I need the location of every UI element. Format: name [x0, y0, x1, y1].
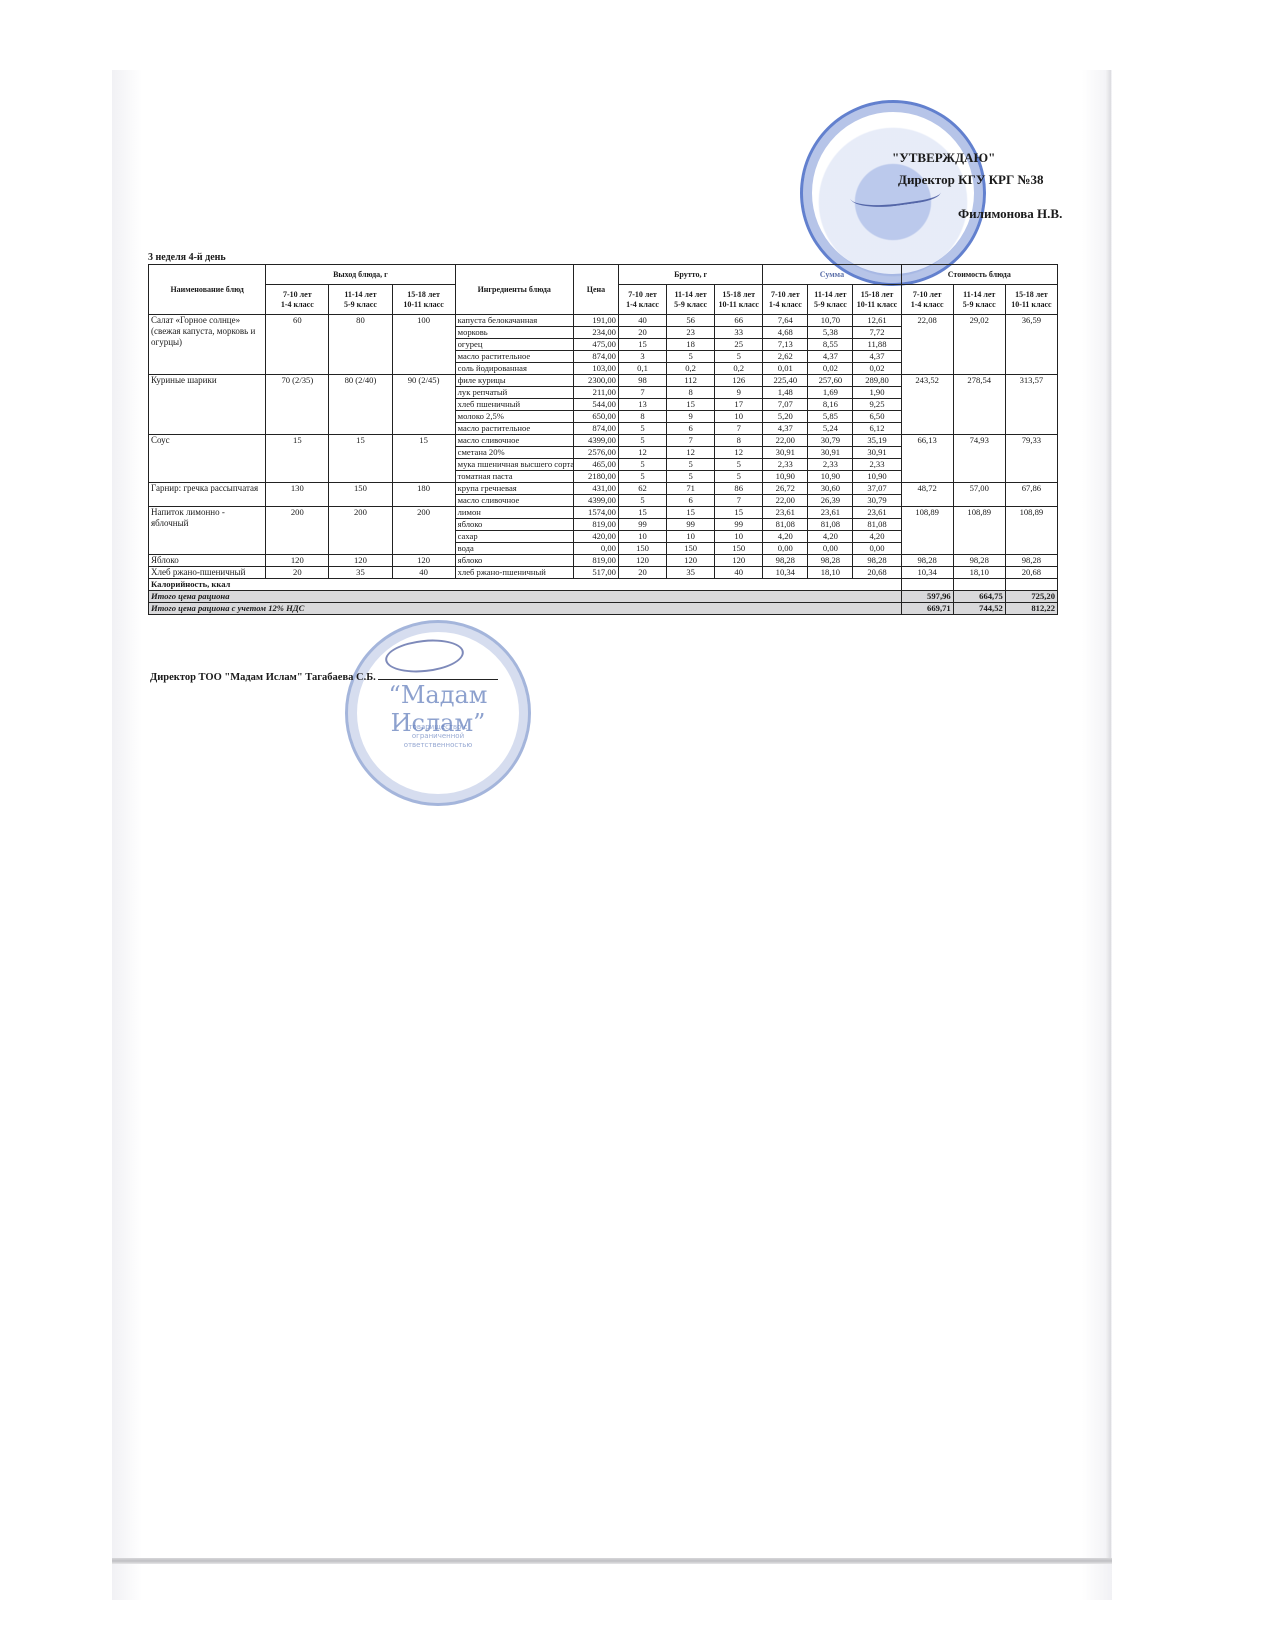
ingredient-brutto: 25: [715, 339, 763, 351]
approval-position: Директор КГУ КРГ №38: [898, 172, 1044, 188]
summary-row-calories: Калорийность, ккал: [149, 579, 1058, 591]
ingredient-brutto: 5: [618, 423, 666, 435]
ingredient-name: хлеб пшеничный: [455, 399, 573, 411]
header-dishcost-age-0: 7-10 лет1-4 класс: [901, 285, 953, 315]
ingredient-brutto: 150: [618, 543, 666, 555]
dish-cost: 48,72: [901, 483, 953, 507]
grade-label: 5-9 класс: [669, 300, 712, 310]
ingredient-brutto: 5: [667, 471, 715, 483]
ingredient-cost: 35,19: [853, 435, 901, 447]
ingredient-price: 234,00: [573, 327, 618, 339]
ingredient-cost: 0,02: [853, 363, 901, 375]
ingredient-cost: 11,88: [853, 339, 901, 351]
ingredient-brutto: 15: [618, 339, 666, 351]
ingredient-cost: 30,60: [808, 483, 853, 495]
ingredient-cost: 2,62: [763, 351, 808, 363]
ingredient-cost: 8,16: [808, 399, 853, 411]
summary-value: [901, 579, 953, 591]
dish-yield: 150: [329, 483, 392, 507]
ingredient-price: 874,00: [573, 351, 618, 363]
ingredient-name: масло сливочное: [455, 435, 573, 447]
dish-yield: 60: [266, 315, 329, 375]
ingredient-brutto: 5: [667, 351, 715, 363]
dish-name: Салат «Горное солнце» (свежая капуста, м…: [149, 315, 266, 375]
ingredient-price: 0,00: [573, 543, 618, 555]
ingredient-brutto: 15: [618, 507, 666, 519]
ingredient-name: мука пшеничная высшего сорта: [455, 459, 573, 471]
age-label: 11-14 лет: [810, 290, 850, 300]
ingredient-cost: 4,37: [763, 423, 808, 435]
ingredient-brutto: 56: [667, 315, 715, 327]
dish-yield: 15: [392, 435, 455, 483]
dish-name: Хлеб ржано-пшеничный: [149, 567, 266, 579]
dish-name: Яблоко: [149, 555, 266, 567]
table-row: Яблоко120120120яблоко819,0012012012098,2…: [149, 555, 1058, 567]
dish-yield: 40: [392, 567, 455, 579]
ingredient-name: яблоко: [455, 519, 573, 531]
ingredient-cost: 10,34: [763, 567, 808, 579]
scan-edge-right: [1106, 70, 1111, 1560]
summary-value: 669,71: [901, 603, 953, 615]
ingredient-brutto: 8: [715, 435, 763, 447]
ingredient-cost: 2,33: [853, 459, 901, 471]
ingredient-cost: 10,90: [853, 471, 901, 483]
ingredient-cost: 0,02: [808, 363, 853, 375]
header-yield-age-2: 15-18 лет10-11 класс: [392, 285, 455, 315]
ingredient-brutto: 62: [618, 483, 666, 495]
dish-yield: 120: [329, 555, 392, 567]
ingredient-name: хлеб ржано-пшеничный: [455, 567, 573, 579]
ingredient-cost: 22,00: [763, 495, 808, 507]
ingredient-price: 4399,00: [573, 495, 618, 507]
ingredient-name: сметана 20%: [455, 447, 573, 459]
company-stamp-subtitle: товарищество с ограниченной ответственно…: [388, 723, 488, 750]
dish-yield: 80 (2/40): [329, 375, 392, 435]
dish-yield: 200: [266, 507, 329, 555]
header-dish-name: Наименование блюд: [149, 265, 266, 315]
dish-cost: 10,34: [901, 567, 953, 579]
dish-yield: 120: [266, 555, 329, 567]
ingredient-cost: 4,20: [808, 531, 853, 543]
dish-yield: 100: [392, 315, 455, 375]
age-label: 7-10 лет: [765, 290, 805, 300]
ingredient-brutto: 10: [715, 531, 763, 543]
ingredient-name: крупа гречневая: [455, 483, 573, 495]
ingredient-cost: 5,38: [808, 327, 853, 339]
dish-cost: 108,89: [953, 507, 1005, 555]
ingredient-name: масло растительное: [455, 423, 573, 435]
ingredient-price: 420,00: [573, 531, 618, 543]
approval-title: "УТВЕРЖДАЮ": [892, 150, 995, 166]
ingredient-cost: 98,28: [853, 555, 901, 567]
ingredient-cost: 30,79: [853, 495, 901, 507]
ingredient-cost: 0,00: [853, 543, 901, 555]
ingredient-brutto: 5: [715, 459, 763, 471]
ingredient-price: 819,00: [573, 555, 618, 567]
ingredient-cost: 81,08: [853, 519, 901, 531]
ingredient-brutto: 5: [667, 459, 715, 471]
ingredient-brutto: 12: [667, 447, 715, 459]
dish-cost: 98,28: [1005, 555, 1057, 567]
ingredient-cost: 4,37: [853, 351, 901, 363]
ingredient-cost: 6,50: [853, 411, 901, 423]
summary-value: 664,75: [953, 591, 1005, 603]
header-sum-age-2: 15-18 лет10-11 класс: [853, 285, 901, 315]
ingredient-name: лимон: [455, 507, 573, 519]
header-yield: Выход блюда, г: [266, 265, 455, 285]
table-row: Хлеб ржано-пшеничный203540хлеб ржано-пше…: [149, 567, 1058, 579]
dish-cost: 67,86: [1005, 483, 1057, 507]
header-brutto-age-0: 7-10 лет1-4 класс: [618, 285, 666, 315]
summary-value: 725,20: [1005, 591, 1057, 603]
dish-yield: 90 (2/45): [392, 375, 455, 435]
age-label: 11-14 лет: [331, 290, 389, 300]
ingredient-brutto: 71: [667, 483, 715, 495]
ingredient-cost: 30,91: [853, 447, 901, 459]
ingredient-cost: 23,61: [808, 507, 853, 519]
table-row: Гарнир: гречка рассыпчатая130150180крупа…: [149, 483, 1058, 495]
ingredient-brutto: 40: [618, 315, 666, 327]
age-label: 15-18 лет: [855, 290, 898, 300]
ingredient-cost: 23,61: [763, 507, 808, 519]
ingredient-cost: 4,37: [808, 351, 853, 363]
dish-cost: 79,33: [1005, 435, 1057, 483]
ingredient-name: молоко 2,5%: [455, 411, 573, 423]
dish-yield: 120: [392, 555, 455, 567]
ingredient-cost: 5,24: [808, 423, 853, 435]
ingredient-name: сахар: [455, 531, 573, 543]
dish-cost: 108,89: [1005, 507, 1057, 555]
ingredient-cost: 37,07: [853, 483, 901, 495]
ingredient-price: 465,00: [573, 459, 618, 471]
summary-label: Итого цена рациона с учетом 12% НДС: [149, 603, 902, 615]
header-brutto: Брутто, г: [618, 265, 762, 285]
ingredient-cost: 0,00: [763, 543, 808, 555]
ingredient-cost: 81,08: [808, 519, 853, 531]
ingredient-brutto: 7: [715, 423, 763, 435]
dish-yield: 130: [266, 483, 329, 507]
dish-yield: 35: [329, 567, 392, 579]
age-label: 15-18 лет: [717, 290, 760, 300]
age-label: 7-10 лет: [268, 290, 326, 300]
ingredient-cost: 7,07: [763, 399, 808, 411]
dish-cost: 108,89: [901, 507, 953, 555]
approval-name: Филимонова Н.В.: [958, 206, 1062, 222]
dish-yield: 200: [392, 507, 455, 555]
dish-name: Куриные шарики: [149, 375, 266, 435]
ingredient-brutto: 9: [667, 411, 715, 423]
ingredient-brutto: 7: [667, 435, 715, 447]
ingredient-brutto: 10: [715, 411, 763, 423]
ingredient-cost: 8,55: [808, 339, 853, 351]
ingredient-brutto: 15: [715, 507, 763, 519]
ingredient-brutto: 8: [618, 411, 666, 423]
ingredient-price: 2576,00: [573, 447, 618, 459]
ingredient-cost: 23,61: [853, 507, 901, 519]
ingredient-cost: 4,68: [763, 327, 808, 339]
ingredient-brutto: 5: [715, 351, 763, 363]
ingredient-price: 191,00: [573, 315, 618, 327]
ingredient-price: 475,00: [573, 339, 618, 351]
summary-value: 812,22: [1005, 603, 1057, 615]
ingredient-brutto: 66: [715, 315, 763, 327]
grade-label: 1-4 класс: [765, 300, 805, 310]
ingredient-cost: 9,25: [853, 399, 901, 411]
header-brutto-age-1: 11-14 лет5-9 класс: [667, 285, 715, 315]
age-label: 15-18 лет: [395, 290, 453, 300]
ingredient-name: соль йодированная: [455, 363, 573, 375]
ingredient-cost: 30,91: [763, 447, 808, 459]
ingredient-brutto: 20: [618, 327, 666, 339]
summary-value: 597,96: [901, 591, 953, 603]
company-director-line: Директор ТОО "Мадам Ислам" Тагабаева С.Б…: [150, 672, 498, 683]
dish-cost: 313,57: [1005, 375, 1057, 435]
dish-yield: 20: [266, 567, 329, 579]
header-yield-age-1: 11-14 лет5-9 класс: [329, 285, 392, 315]
ingredient-cost: 5,85: [808, 411, 853, 423]
ingredient-brutto: 12: [715, 447, 763, 459]
ingredient-brutto: 33: [715, 327, 763, 339]
ingredient-name: лук репчатый: [455, 387, 573, 399]
ingredient-brutto: 9: [715, 387, 763, 399]
grade-label: 10-11 класс: [855, 300, 898, 310]
summary-label: Калорийность, ккал: [149, 579, 902, 591]
header-dish-cost: Стоимость блюда: [901, 265, 1057, 285]
ingredient-brutto: 10: [618, 531, 666, 543]
dish-cost: 20,68: [1005, 567, 1057, 579]
ingredient-cost: 0,00: [808, 543, 853, 555]
dish-yield: 70 (2/35): [266, 375, 329, 435]
ingredient-brutto: 5: [618, 471, 666, 483]
header-sum-age-0: 7-10 лет1-4 класс: [763, 285, 808, 315]
ingredient-brutto: 23: [667, 327, 715, 339]
header-sum: Сумма: [763, 265, 901, 285]
ingredient-brutto: 0,1: [618, 363, 666, 375]
dish-name: Соус: [149, 435, 266, 483]
ingredient-brutto: 35: [667, 567, 715, 579]
ingredient-cost: 257,60: [808, 375, 853, 387]
ingredient-brutto: 112: [667, 375, 715, 387]
ingredient-cost: 289,80: [853, 375, 901, 387]
ingredient-price: 874,00: [573, 423, 618, 435]
ingredient-brutto: 5: [618, 459, 666, 471]
dish-yield: 200: [329, 507, 392, 555]
ingredient-cost: 10,90: [808, 471, 853, 483]
ingredient-price: 544,00: [573, 399, 618, 411]
ingredient-name: филе курицы: [455, 375, 573, 387]
ingredient-brutto: 5: [715, 471, 763, 483]
ingredient-cost: 2,33: [808, 459, 853, 471]
ingredient-brutto: 7: [618, 387, 666, 399]
ingredient-name: огурец: [455, 339, 573, 351]
ingredient-cost: 10,90: [763, 471, 808, 483]
ingredient-cost: 7,72: [853, 327, 901, 339]
ingredient-price: 211,00: [573, 387, 618, 399]
ingredient-brutto: 8: [667, 387, 715, 399]
ingredient-cost: 98,28: [808, 555, 853, 567]
dish-cost: 66,13: [901, 435, 953, 483]
dish-cost: 57,00: [953, 483, 1005, 507]
ingredient-brutto: 15: [667, 399, 715, 411]
grade-label: 5-9 класс: [810, 300, 850, 310]
summary-label: Итого цена рациона: [149, 591, 902, 603]
ingredient-cost: 20,68: [853, 567, 901, 579]
ingredient-cost: 30,91: [808, 447, 853, 459]
ingredient-price: 2300,00: [573, 375, 618, 387]
ingredient-cost: 12,61: [853, 315, 901, 327]
table-row: Куриные шарики70 (2/35)80 (2/40)90 (2/45…: [149, 375, 1058, 387]
ingredient-price: 1574,00: [573, 507, 618, 519]
ingredient-brutto: 99: [715, 519, 763, 531]
summary-row-total: Итого цена рациона597,96664,75725,20: [149, 591, 1058, 603]
ingredient-cost: 1,90: [853, 387, 901, 399]
ingredient-brutto: 6: [667, 495, 715, 507]
ingredient-price: 2180,00: [573, 471, 618, 483]
ingredient-cost: 30,79: [808, 435, 853, 447]
ingredient-cost: 1,69: [808, 387, 853, 399]
ingredient-brutto: 150: [715, 543, 763, 555]
grade-label: 10-11 класс: [1008, 300, 1055, 310]
ingredient-name: вода: [455, 543, 573, 555]
dish-name: Напиток лимонно - яблочный: [149, 507, 266, 555]
ingredient-name: яблоко: [455, 555, 573, 567]
ingredient-brutto: 17: [715, 399, 763, 411]
ingredient-cost: 225,40: [763, 375, 808, 387]
ingredient-cost: 4,20: [763, 531, 808, 543]
dish-cost: 36,59: [1005, 315, 1057, 375]
ingredient-price: 431,00: [573, 483, 618, 495]
ingredient-name: масло сливочное: [455, 495, 573, 507]
ingredient-brutto: 120: [667, 555, 715, 567]
ingredient-cost: 6,12: [853, 423, 901, 435]
ingredient-brutto: 6: [667, 423, 715, 435]
table-row: Салат «Горное солнце» (свежая капуста, м…: [149, 315, 1058, 327]
ingredient-cost: 1,48: [763, 387, 808, 399]
ingredient-cost: 7,64: [763, 315, 808, 327]
header-sum-age-1: 11-14 лет5-9 класс: [808, 285, 853, 315]
header-dishcost-age-1: 11-14 лет5-9 класс: [953, 285, 1005, 315]
company-director-text: Директор ТОО "Мадам Ислам" Тагабаева С.Б…: [150, 672, 376, 683]
ingredient-cost: 26,72: [763, 483, 808, 495]
ingredient-cost: 81,08: [763, 519, 808, 531]
ingredient-cost: 10,70: [808, 315, 853, 327]
summary-value: 744,52: [953, 603, 1005, 615]
ingredient-cost: 7,13: [763, 339, 808, 351]
dish-cost: 278,54: [953, 375, 1005, 435]
ingredient-brutto: 99: [667, 519, 715, 531]
ingredient-brutto: 13: [618, 399, 666, 411]
ingredient-brutto: 5: [618, 435, 666, 447]
header-ingredients: Ингредиенты блюда: [455, 265, 573, 315]
ingredient-cost: 2,33: [763, 459, 808, 471]
ingredient-brutto: 86: [715, 483, 763, 495]
ingredient-brutto: 126: [715, 375, 763, 387]
ingredient-brutto: 20: [618, 567, 666, 579]
ingredient-brutto: 120: [618, 555, 666, 567]
ingredient-name: капуста белокачанная: [455, 315, 573, 327]
dish-name: Гарнир: гречка рассыпчатая: [149, 483, 266, 507]
dish-cost: 243,52: [901, 375, 953, 435]
ingredient-brutto: 0,2: [715, 363, 763, 375]
menu-cost-table: Наименование блюд Выход блюда, г Ингреди…: [148, 264, 1058, 615]
dish-cost: 98,28: [953, 555, 1005, 567]
age-label: 7-10 лет: [904, 290, 951, 300]
ingredient-brutto: 7: [715, 495, 763, 507]
ingredient-brutto: 0,2: [667, 363, 715, 375]
ingredient-price: 819,00: [573, 519, 618, 531]
ingredient-brutto: 3: [618, 351, 666, 363]
grade-label: 5-9 класс: [331, 300, 389, 310]
dish-yield: 15: [266, 435, 329, 483]
ingredient-brutto: 40: [715, 567, 763, 579]
summary-row-total_vat: Итого цена рациона с учетом 12% НДС669,7…: [149, 603, 1058, 615]
header-price: Цена: [573, 265, 618, 315]
ingredient-price: 103,00: [573, 363, 618, 375]
dish-cost: 29,02: [953, 315, 1005, 375]
ingredient-cost: 5,20: [763, 411, 808, 423]
header-dishcost-age-2: 15-18 лет10-11 класс: [1005, 285, 1057, 315]
age-label: 7-10 лет: [621, 290, 664, 300]
grade-label: 1-4 класс: [621, 300, 664, 310]
ingredient-brutto: 12: [618, 447, 666, 459]
dish-yield: 15: [329, 435, 392, 483]
ingredient-brutto: 99: [618, 519, 666, 531]
ingredient-name: томатная паста: [455, 471, 573, 483]
ingredient-cost: 4,20: [853, 531, 901, 543]
ingredient-cost: 98,28: [763, 555, 808, 567]
table-row: Соус151515масло сливочное4399,0057822,00…: [149, 435, 1058, 447]
ingredient-brutto: 150: [667, 543, 715, 555]
ingredient-brutto: 120: [715, 555, 763, 567]
dish-yield: 80: [329, 315, 392, 375]
summary-value: [953, 579, 1005, 591]
ingredient-brutto: 18: [667, 339, 715, 351]
grade-label: 1-4 класс: [268, 300, 326, 310]
age-label: 11-14 лет: [956, 290, 1003, 300]
ingredient-name: масло растительное: [455, 351, 573, 363]
scan-edge-bottom: [112, 1558, 1112, 1564]
age-label: 15-18 лет: [1008, 290, 1055, 300]
ingredient-brutto: 15: [667, 507, 715, 519]
ingredient-price: 4399,00: [573, 435, 618, 447]
ingredient-cost: 18,10: [808, 567, 853, 579]
ingredient-cost: 22,00: [763, 435, 808, 447]
ingredient-brutto: 98: [618, 375, 666, 387]
grade-label: 1-4 класс: [904, 300, 951, 310]
ingredient-cost: 0,01: [763, 363, 808, 375]
ingredient-cost: 26,39: [808, 495, 853, 507]
dish-cost: 74,93: [953, 435, 1005, 483]
dish-cost: 98,28: [901, 555, 953, 567]
ingredient-price: 517,00: [573, 567, 618, 579]
ingredient-brutto: 5: [618, 495, 666, 507]
dish-yield: 180: [392, 483, 455, 507]
grade-label: 10-11 класс: [395, 300, 453, 310]
age-label: 11-14 лет: [669, 290, 712, 300]
table-row: Напиток лимонно - яблочный200200200лимон…: [149, 507, 1058, 519]
summary-value: [1005, 579, 1057, 591]
signature-line: [378, 679, 498, 680]
ingredient-price: 650,00: [573, 411, 618, 423]
dish-cost: 18,10: [953, 567, 1005, 579]
ingredient-name: морковь: [455, 327, 573, 339]
header-brutto-age-2: 15-18 лет10-11 класс: [715, 285, 763, 315]
grade-label: 5-9 класс: [956, 300, 1003, 310]
grade-label: 10-11 класс: [717, 300, 760, 310]
dish-cost: 22,08: [901, 315, 953, 375]
header-yield-age-0: 7-10 лет1-4 класс: [266, 285, 329, 315]
day-title: 3 неделя 4-й день: [148, 252, 226, 263]
